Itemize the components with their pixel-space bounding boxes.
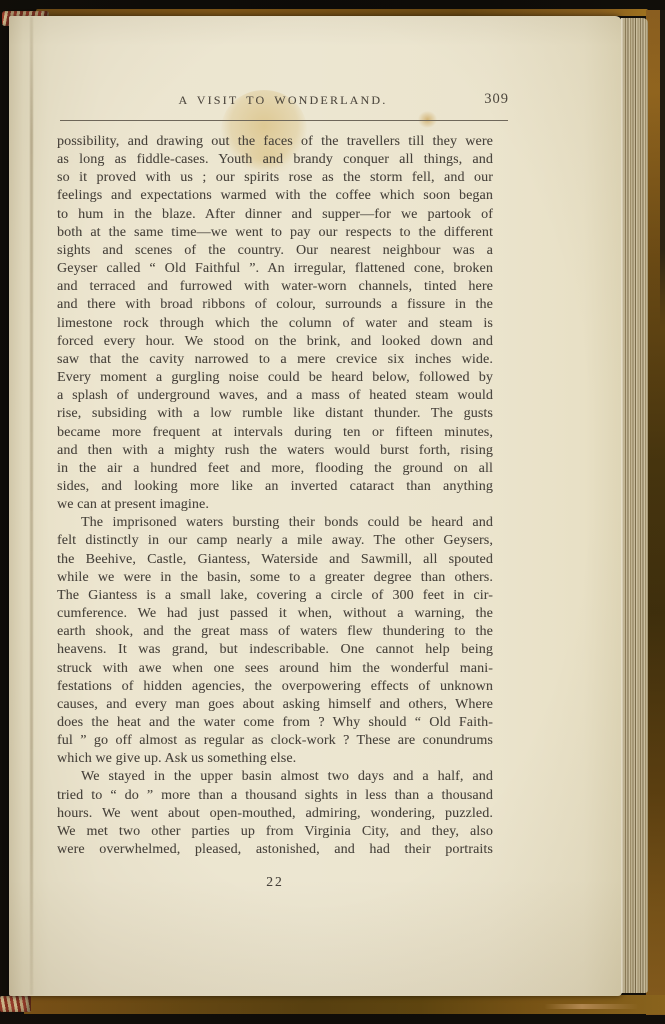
- text-line: and terraced and furrowed with water-wor…: [57, 278, 493, 296]
- text-line: felt distinctly in our camp nearly a mil…: [57, 532, 493, 550]
- text-line: does the heat and the water come from ? …: [57, 714, 493, 732]
- page-edge-stripes: [621, 18, 648, 993]
- gutter-crease: [30, 17, 33, 995]
- photograph-of-open-book: { "page": { "header": { "title": "A VISI…: [0, 0, 665, 1024]
- text-line: saw that the cavity narrowed to a mere c…: [57, 351, 493, 369]
- running-title: A VISIT TO WONDERLAND.: [57, 93, 509, 108]
- text-line: struck with awe when one sees around him…: [57, 660, 493, 678]
- text-line: and then with a mighty rush the waters w…: [57, 442, 493, 460]
- text-line: ful ” go off almost as regular as clock-…: [57, 732, 493, 750]
- folio-number: 22: [57, 874, 493, 890]
- page-header: A VISIT TO WONDERLAND. 309: [57, 90, 509, 121]
- text-line: sights and scenes of the country. Our ne…: [57, 242, 493, 260]
- text-line: as long as fiddle-cases. Youth and brand…: [57, 151, 493, 169]
- body-text: possibility, and drawing out the faces o…: [57, 133, 493, 859]
- text-line: possibility, and drawing out the faces o…: [57, 133, 493, 151]
- text-line: tried to “ do ” more than a thousand sig…: [57, 787, 493, 805]
- text-line: We stayed in the upper basin almost two …: [57, 768, 493, 786]
- text-line: were overwhelmed, pleased, astonished, a…: [57, 841, 493, 859]
- text-line: while we were in the basin, some to a gr…: [57, 569, 493, 587]
- text-line: and there with broad ribbons of colour, …: [57, 296, 493, 314]
- text-line: feelings and expectations warmed with th…: [57, 187, 493, 205]
- text-line: Every moment a gurgling noise could be h…: [57, 369, 493, 387]
- text-line: cumference. We had just passed it when, …: [57, 605, 493, 623]
- header-rule: [60, 120, 508, 121]
- book-cover-edge-top: [36, 9, 648, 16]
- text-line: festations of hidden agencies, the overp…: [57, 678, 493, 696]
- text-line: forced every hour. We stood on the brink…: [57, 333, 493, 351]
- text-line: earth shook, and the great mass of water…: [57, 623, 493, 641]
- text-line: a splash of underground waves, and a mas…: [57, 387, 493, 405]
- text-line: we can at present imagine.: [57, 496, 493, 514]
- text-line: the Beehive, Castle, Giantess, Waterside…: [57, 551, 493, 569]
- text-line: both at the same time—we went to pay our…: [57, 224, 493, 242]
- text-line: limestone rock through which the column …: [57, 315, 493, 333]
- text-line: in the air a hundred feet and more, floo…: [57, 460, 493, 478]
- text-line: heavens. It was grand, but indescribable…: [57, 641, 493, 659]
- text-line: The imprisoned waters bursting their bon…: [57, 514, 493, 532]
- text-line: rise, subsiding with a low rumble like d…: [57, 405, 493, 423]
- text-line: to hum in the blaze. After dinner and su…: [57, 206, 493, 224]
- text-line: We met two other parties up from Virgini…: [57, 823, 493, 841]
- book-cover-edge-bottom: [24, 995, 665, 1014]
- text-line: hours. We went about open-mouthed, admir…: [57, 805, 493, 823]
- text-line: became more frequent at intervals during…: [57, 424, 493, 442]
- text-line: The Giantess is a small lake, covering a…: [57, 587, 493, 605]
- printed-text-area: A VISIT TO WONDERLAND. 309 possibility, …: [57, 90, 509, 890]
- text-line: causes, and every man goes about asking …: [57, 696, 493, 714]
- page-number: 309: [484, 91, 509, 108]
- text-line: so it proved with us ; our spirits rose …: [57, 169, 493, 187]
- text-line: sides, and looking more like an inverted…: [57, 478, 493, 496]
- text-line: Geyser called “ Old Faithful ”. An irreg…: [57, 260, 493, 278]
- book-cover-edge-right: [646, 10, 665, 1015]
- headband-bottom: [0, 996, 31, 1012]
- text-line: which we give up. Ask us something else.: [57, 750, 493, 768]
